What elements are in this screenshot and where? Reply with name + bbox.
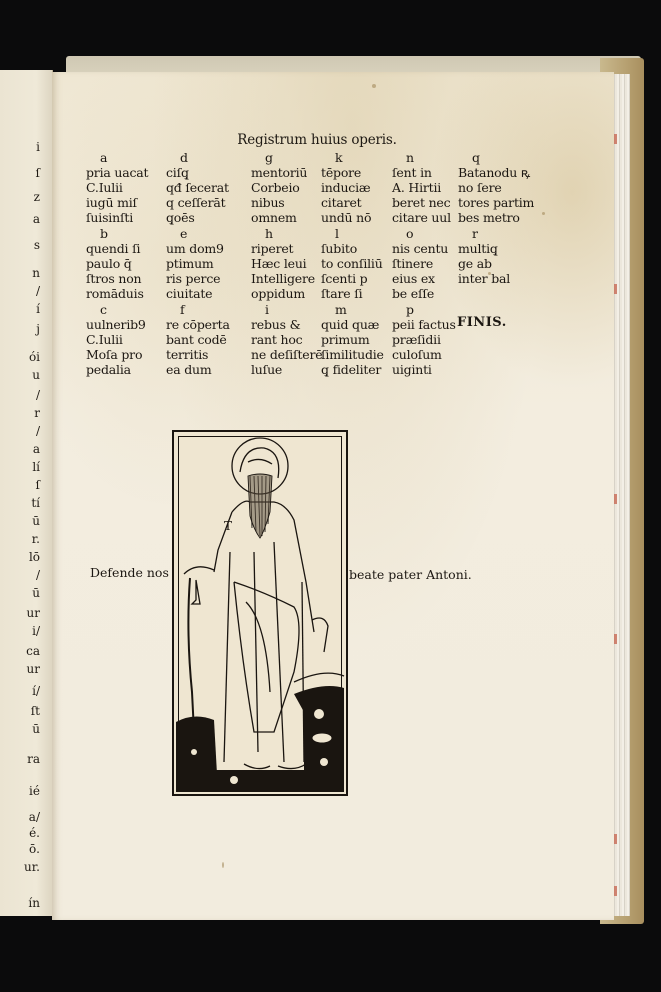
caption-left: Defende nos <box>90 565 169 580</box>
register-column: i rebus & rant hoc ne deſiſterē luſue <box>251 302 322 377</box>
catchword: nibus <box>251 195 307 210</box>
catchword: induciæ <box>321 180 371 195</box>
catchword: tēpore <box>321 165 371 180</box>
catchword: ciuitate <box>166 286 224 301</box>
left-page-text-fragment: a <box>33 442 40 456</box>
left-page-text-fragment: í/ <box>32 684 40 698</box>
left-page-text-fragment: ur <box>27 606 40 620</box>
catchword: citaret <box>321 195 371 210</box>
catchword: ſtros non <box>86 271 144 286</box>
left-page-text-fragment: ié <box>29 784 40 798</box>
signature-letter: k <box>321 150 371 165</box>
left-page-text-fragment: z <box>34 190 40 204</box>
register-column: o nis centu ſtinere eius ex be eſſe <box>392 226 448 301</box>
left-page-text-fragment: ur. <box>24 860 40 874</box>
register-column: d ciſq̧ qđ ſecerat q ceſſerāt q̧oēs <box>166 150 229 225</box>
left-page-text-fragment: / <box>36 568 40 582</box>
catchword: præſidii <box>392 332 456 347</box>
signature-letter: h <box>251 226 315 241</box>
register-table: a pria uacat C.Iulii iugū miſ ſuisinſti … <box>86 150 526 378</box>
register-column: h riperet Hæc leui Intelligere oppidum <box>251 226 315 301</box>
catchword: Corbeio <box>251 180 307 195</box>
left-page-text-fragment: ur <box>27 662 40 676</box>
signature-letter: c <box>86 302 146 317</box>
left-page-text-fragment: j <box>36 322 40 336</box>
catchword: q̧ fideliter <box>321 362 384 377</box>
signature-letter: q <box>458 150 534 165</box>
signature-letter: i <box>251 302 322 317</box>
left-page-text-fragment: r. <box>32 532 40 546</box>
left-page-text-fragment: / <box>36 388 40 402</box>
left-page-text-fragment: s <box>34 238 40 252</box>
foxing-speck <box>372 84 376 88</box>
catchword: um dom9 <box>166 241 224 256</box>
foxing-speck <box>488 272 491 275</box>
catchword: eius ex <box>392 271 448 286</box>
register-column: f re cōperta bant codē territis ea dum <box>166 302 230 377</box>
catchword: undū nō <box>321 210 371 225</box>
catchword: uulnerib9 <box>86 317 146 332</box>
catchword: Hæc leui <box>251 256 315 271</box>
saint-anthony-woodcut: T <box>172 430 348 796</box>
catchword: mentoriū <box>251 165 307 180</box>
signature-letter: g <box>251 150 307 165</box>
signature-letter: l <box>321 226 383 241</box>
catchword: rant hoc <box>251 332 322 347</box>
signature-letter: r <box>458 226 510 241</box>
register-title: Registrum huius operis. <box>222 132 412 148</box>
left-page-text-fragment: ū <box>32 586 40 600</box>
saint-figure-illustration: T <box>174 432 346 794</box>
left-page-text-fragment: lō <box>29 550 40 564</box>
left-page-text-fragment: lí <box>32 460 40 474</box>
catchword: q ceſſerāt <box>166 195 229 210</box>
catchword: C.Iulii <box>86 180 148 195</box>
catchword: ea dum <box>166 362 230 377</box>
register-column: c uulnerib9 C.Iulii Moſa pro pedalia <box>86 302 146 377</box>
catchword: q̧oēs <box>166 210 229 225</box>
left-page-text-fragment: a/ <box>29 810 40 824</box>
catchword: inter bal <box>458 271 510 286</box>
catchword: pedalia <box>86 362 146 377</box>
left-page-text-fragment: i <box>36 140 40 154</box>
catchword: oppidum <box>251 286 315 301</box>
catchword: uiginti <box>392 362 456 377</box>
catchword: Intelligere <box>251 271 315 286</box>
left-page-text-fragment: n <box>32 266 40 280</box>
fore-edge-page-stack <box>612 74 630 916</box>
catchword: be eſſe <box>392 286 448 301</box>
left-page-text-fragment: ói <box>29 350 40 364</box>
catchword: ciſq̧ <box>166 165 229 180</box>
left-page-text-fragment: u <box>32 368 40 382</box>
catchword: territis <box>166 347 230 362</box>
catchword: no ſere <box>458 180 534 195</box>
register-column: k tēpore induciæ citaret undū nō <box>321 150 371 225</box>
caption-right: beate pater Antoni. <box>349 567 472 582</box>
catchword: ge ab <box>458 256 510 271</box>
catchword: ſcenti p <box>321 271 383 286</box>
left-page-text-fragment: ra <box>27 752 40 766</box>
left-page-text-fragment: ū <box>32 514 40 528</box>
signature-letter: d <box>166 150 229 165</box>
signature-letter: p <box>392 302 456 317</box>
register-column: l ſubito to conſiliū ſcenti p ſtare ſi <box>321 226 383 301</box>
catchword: ris perce <box>166 271 224 286</box>
register-column: a pria uacat C.Iulii iugū miſ ſuisinſti <box>86 150 148 225</box>
recto-page: Registrum huius operis. a pria uacat C.I… <box>52 72 614 920</box>
left-page-text-fragment: ō. <box>29 842 40 856</box>
catchword: bant codē <box>166 332 230 347</box>
catchword: peii factus <box>392 317 456 332</box>
catchword: ſimilitudie <box>321 347 384 362</box>
catchword: tores partim <box>458 195 534 210</box>
left-page-text-fragment: a <box>33 212 40 226</box>
catchword: pria uacat <box>86 165 148 180</box>
catchword: ſuisinſti <box>86 210 148 225</box>
catchword: multiq̧ <box>458 241 510 256</box>
left-page-text-fragment: ū <box>32 722 40 736</box>
register-column: p peii factus præſidii culoſum uiginti <box>392 302 456 377</box>
catchword: ſtare ſi <box>321 286 383 301</box>
left-page-text-fragment: i/ <box>32 624 40 638</box>
left-page-text-fragment: ſ <box>36 166 40 180</box>
tau-cross-letter: T <box>224 519 232 533</box>
left-page-edge: iſzasn/íjóiu/r/alíſtíūr.lō/ūuri/caurí/ſt… <box>0 70 53 916</box>
catchword: primum <box>321 332 384 347</box>
signature-letter: o <box>392 226 448 241</box>
register-column: b quendi ſi paulo q̄ ſtros non romāduis <box>86 226 144 301</box>
catchword: qđ ſecerat <box>166 180 229 195</box>
register-column: e um dom9 ptimum ris perce ciuitate <box>166 226 224 301</box>
catchword: rebus & <box>251 317 322 332</box>
signature-letter: b <box>86 226 144 241</box>
finis-colophon: FINIS. <box>457 315 507 330</box>
catchword: bes metro <box>458 210 534 225</box>
left-page-text-fragment: r <box>34 406 40 420</box>
catchword: ne deſiſterē <box>251 347 322 362</box>
register-column: q Batanodu ꝶ no ſere tores partim bes me… <box>458 150 534 225</box>
catchword: ſtinere <box>392 256 448 271</box>
catchword: quid quæ <box>321 317 384 332</box>
register-group-1: a pria uacat C.Iulii iugū miſ ſuisinſti … <box>86 150 526 226</box>
left-page-text-fragment: / <box>36 424 40 438</box>
catchword: omnem <box>251 210 307 225</box>
register-column: m quid quæ primum ſimilitudie q̧ fidelit… <box>321 302 384 377</box>
catchword: re cōperta <box>166 317 230 332</box>
catchword: A. Hirtii <box>392 180 451 195</box>
foxing-speck <box>542 212 545 215</box>
left-page-text-fragment: ca <box>26 644 40 658</box>
catchword: to conſiliū <box>321 256 383 271</box>
register-group-3: c uulnerib9 C.Iulii Moſa pro pedalia f r… <box>86 302 526 378</box>
catchword: nis centu <box>392 241 448 256</box>
left-page-text-fragment: ſ <box>36 478 40 492</box>
foxing-speck <box>222 862 224 868</box>
catchword: citare uul <box>392 210 451 225</box>
left-page-text-fragment: ſt <box>31 704 40 718</box>
catchword: culoſum <box>392 347 456 362</box>
signature-letter: m <box>321 302 384 317</box>
register-column: g mentoriū Corbeio nibus omnem <box>251 150 307 225</box>
catchword: luſue <box>251 362 322 377</box>
signature-letter: a <box>86 150 148 165</box>
left-page-text-fragment: tí <box>31 496 40 510</box>
catchword: beret nec <box>392 195 451 210</box>
catchword: quendi ſi <box>86 241 144 256</box>
catchword: paulo q̄ <box>86 256 144 271</box>
left-page-text-fragment: í <box>36 302 40 316</box>
signature-letter: f <box>166 302 230 317</box>
catchword: riperet <box>251 241 315 256</box>
signature-letter: e <box>166 226 224 241</box>
catchword: Batanodu ꝶ <box>458 165 534 180</box>
signature-letter: n <box>392 150 451 165</box>
register-group-2: b quendi ſi paulo q̄ ſtros non romāduis … <box>86 226 526 302</box>
left-page-text-fragment: / <box>36 284 40 298</box>
catchword: Moſa pro <box>86 347 146 362</box>
catchword: ſubito <box>321 241 383 256</box>
register-column: r multiq̧ ge ab inter bal <box>458 226 510 286</box>
catchword: ſent in <box>392 165 451 180</box>
catchword: ptimum <box>166 256 224 271</box>
catchword: iugū miſ <box>86 195 148 210</box>
left-page-text-fragment: é. <box>29 826 40 840</box>
catchword: C.Iulii <box>86 332 146 347</box>
catchword: romāduis <box>86 286 144 301</box>
register-column: n ſent in A. Hirtii beret nec citare uul <box>392 150 451 225</box>
left-page-text-fragment: ín <box>28 896 40 910</box>
